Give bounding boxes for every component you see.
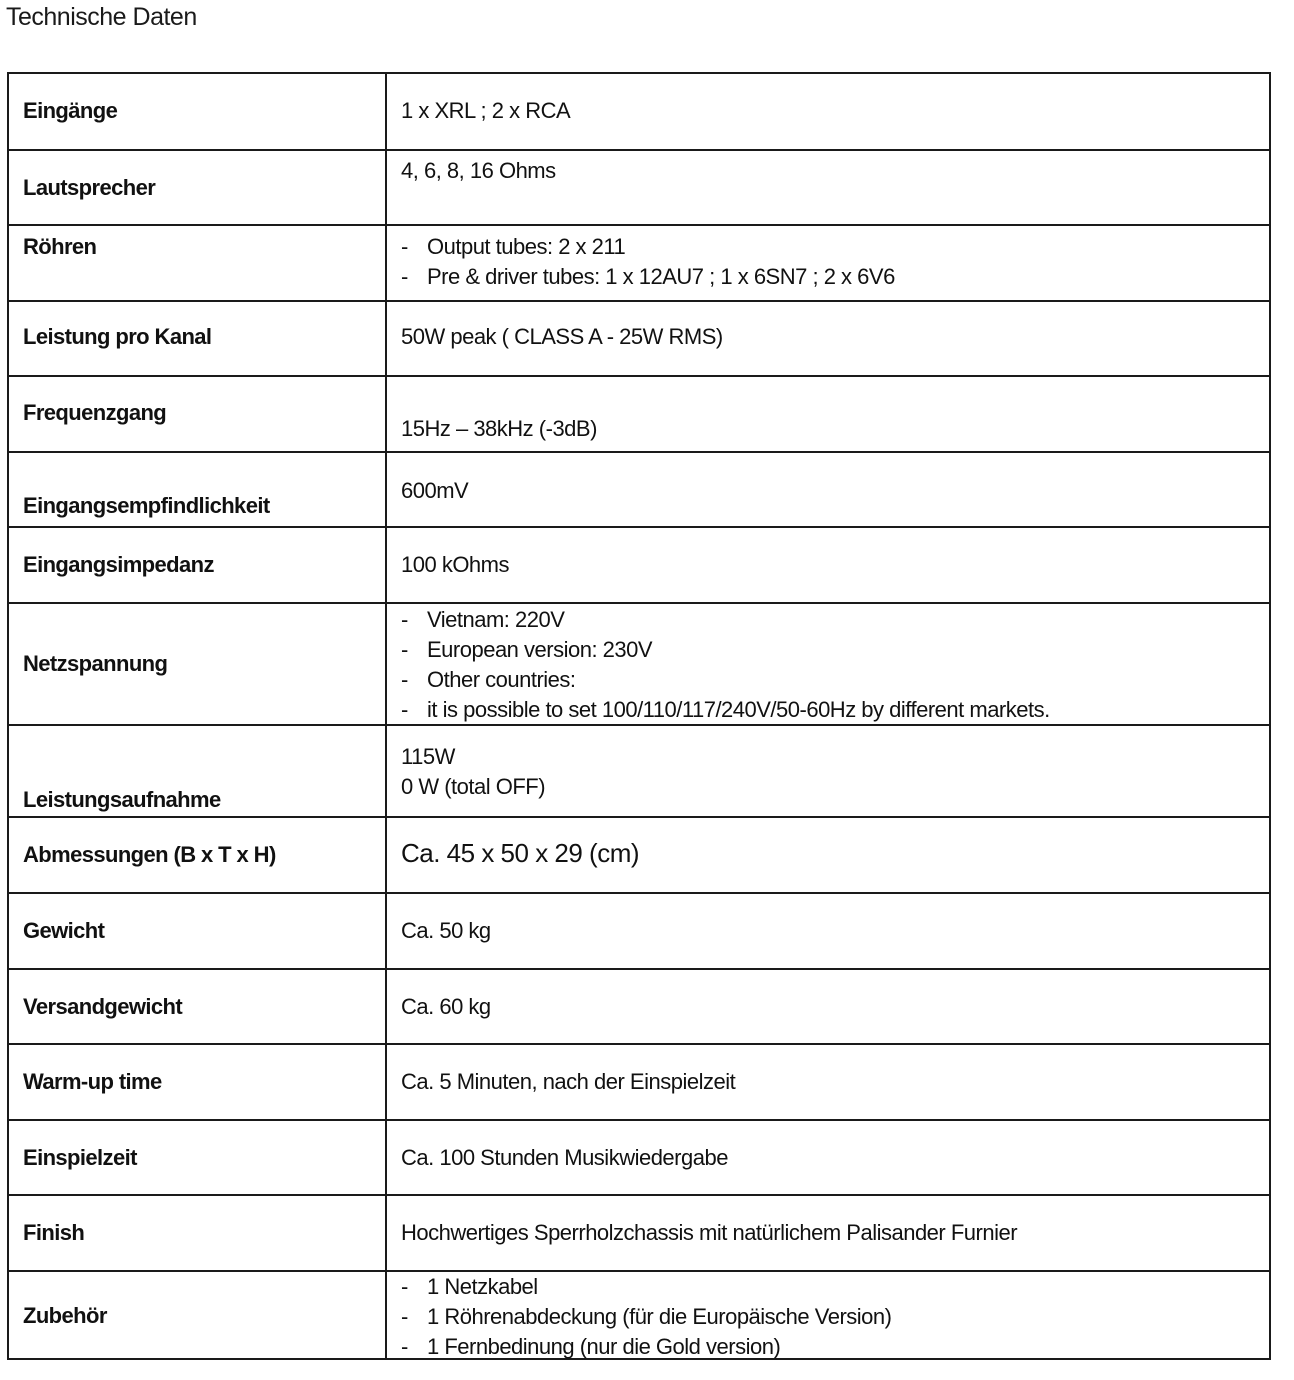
row-label: Lautsprecher [23, 175, 155, 201]
table-row: Zubehör -1 Netzkabel -1 Röhrenabdeckung … [9, 1272, 1269, 1360]
bullet: - [401, 665, 427, 695]
row-label: Gewicht [23, 918, 104, 944]
row-label: Frequenzgang [23, 400, 166, 426]
row-label: Leistungsaufnahme [23, 787, 221, 813]
table-row: Netzspannung -Vietnam: 220V -European ve… [9, 604, 1269, 726]
bullet: - [401, 605, 427, 635]
row-value: -1 Netzkabel -1 Röhrenabdeckung (für die… [401, 1272, 891, 1362]
table-row: Röhren -Output tubes: 2 x 211 -Pre & dri… [9, 226, 1269, 302]
table-row: Lautsprecher 4, 6, 8, 16 Ohms [9, 151, 1269, 226]
table-row: Gewicht Ca. 50 kg [9, 894, 1269, 970]
bullet: - [401, 232, 427, 262]
row-label: Röhren [23, 234, 96, 260]
row-label: Eingangsempfindlichkeit [23, 493, 270, 519]
bullet: - [401, 635, 427, 665]
table-row: Warm-up time Ca. 5 Minuten, nach der Ein… [9, 1045, 1269, 1121]
row-label: Abmessungen (B x T x H) [23, 842, 276, 868]
row-label: Eingänge [23, 98, 117, 124]
table-row: Leistung pro Kanal 50W peak ( CLASS A - … [9, 302, 1269, 377]
row-value: -Output tubes: 2 x 211 -Pre & driver tub… [401, 232, 895, 292]
row-value: 600mV [401, 476, 468, 506]
bullet: - [401, 1302, 427, 1332]
table-row: Frequenzgang 15Hz – 38kHz (-3dB) [9, 377, 1269, 453]
table-row: Leistungsaufnahme 115W 0 W (total OFF) [9, 726, 1269, 818]
row-label: Eingangsimpedanz [23, 552, 214, 578]
table-row: Finish Hochwertiges Sperrholzchassis mit… [9, 1196, 1269, 1272]
table-row: Einspielzeit Ca. 100 Stunden Musikwieder… [9, 1121, 1269, 1196]
row-value: 4, 6, 8, 16 Ohms [401, 156, 556, 186]
spec-table: Eingänge 1 x XRL ; 2 x RCA Lautsprecher … [7, 72, 1271, 1360]
row-value: 50W peak ( CLASS A - 25W RMS) [401, 322, 723, 352]
table-row: Abmessungen (B x T x H) Ca. 45 x 50 x 29… [9, 818, 1269, 894]
row-value: 15Hz – 38kHz (-3dB) [401, 414, 597, 444]
row-label: Versandgewicht [23, 994, 182, 1020]
bullet: - [401, 695, 427, 725]
row-label: Einspielzeit [23, 1145, 137, 1171]
row-value: Ca. 5 Minuten, nach der Einspielzeit [401, 1067, 735, 1097]
table-row: Eingänge 1 x XRL ; 2 x RCA [9, 74, 1269, 151]
row-label: Finish [23, 1220, 84, 1246]
row-value: 115W 0 W (total OFF) [401, 742, 545, 802]
row-label: Warm-up time [23, 1069, 162, 1095]
bullet: - [401, 262, 427, 292]
bullet: - [401, 1332, 427, 1362]
row-value: -Vietnam: 220V -European version: 230V -… [401, 605, 1050, 725]
row-value: Ca. 50 kg [401, 916, 491, 946]
row-value: 1 x XRL ; 2 x RCA [401, 96, 570, 126]
table-row: Eingangsempfindlichkeit 600mV [9, 453, 1269, 528]
row-value: Hochwertiges Sperrholzchassis mit natürl… [401, 1218, 1017, 1248]
table-row: Eingangsimpedanz 100 kOhms [9, 528, 1269, 604]
row-label: Leistung pro Kanal [23, 324, 211, 350]
table-row: Versandgewicht Ca. 60 kg [9, 970, 1269, 1045]
row-label: Netzspannung [23, 651, 167, 677]
row-value: Ca. 100 Stunden Musikwiedergabe [401, 1143, 728, 1173]
bullet: - [401, 1272, 427, 1302]
row-value: 100 kOhms [401, 550, 509, 580]
row-value: Ca. 45 x 50 x 29 (cm) [401, 838, 639, 868]
document-title: Technische Daten [6, 3, 197, 32]
row-value: Ca. 60 kg [401, 992, 491, 1022]
row-label: Zubehör [23, 1303, 107, 1329]
